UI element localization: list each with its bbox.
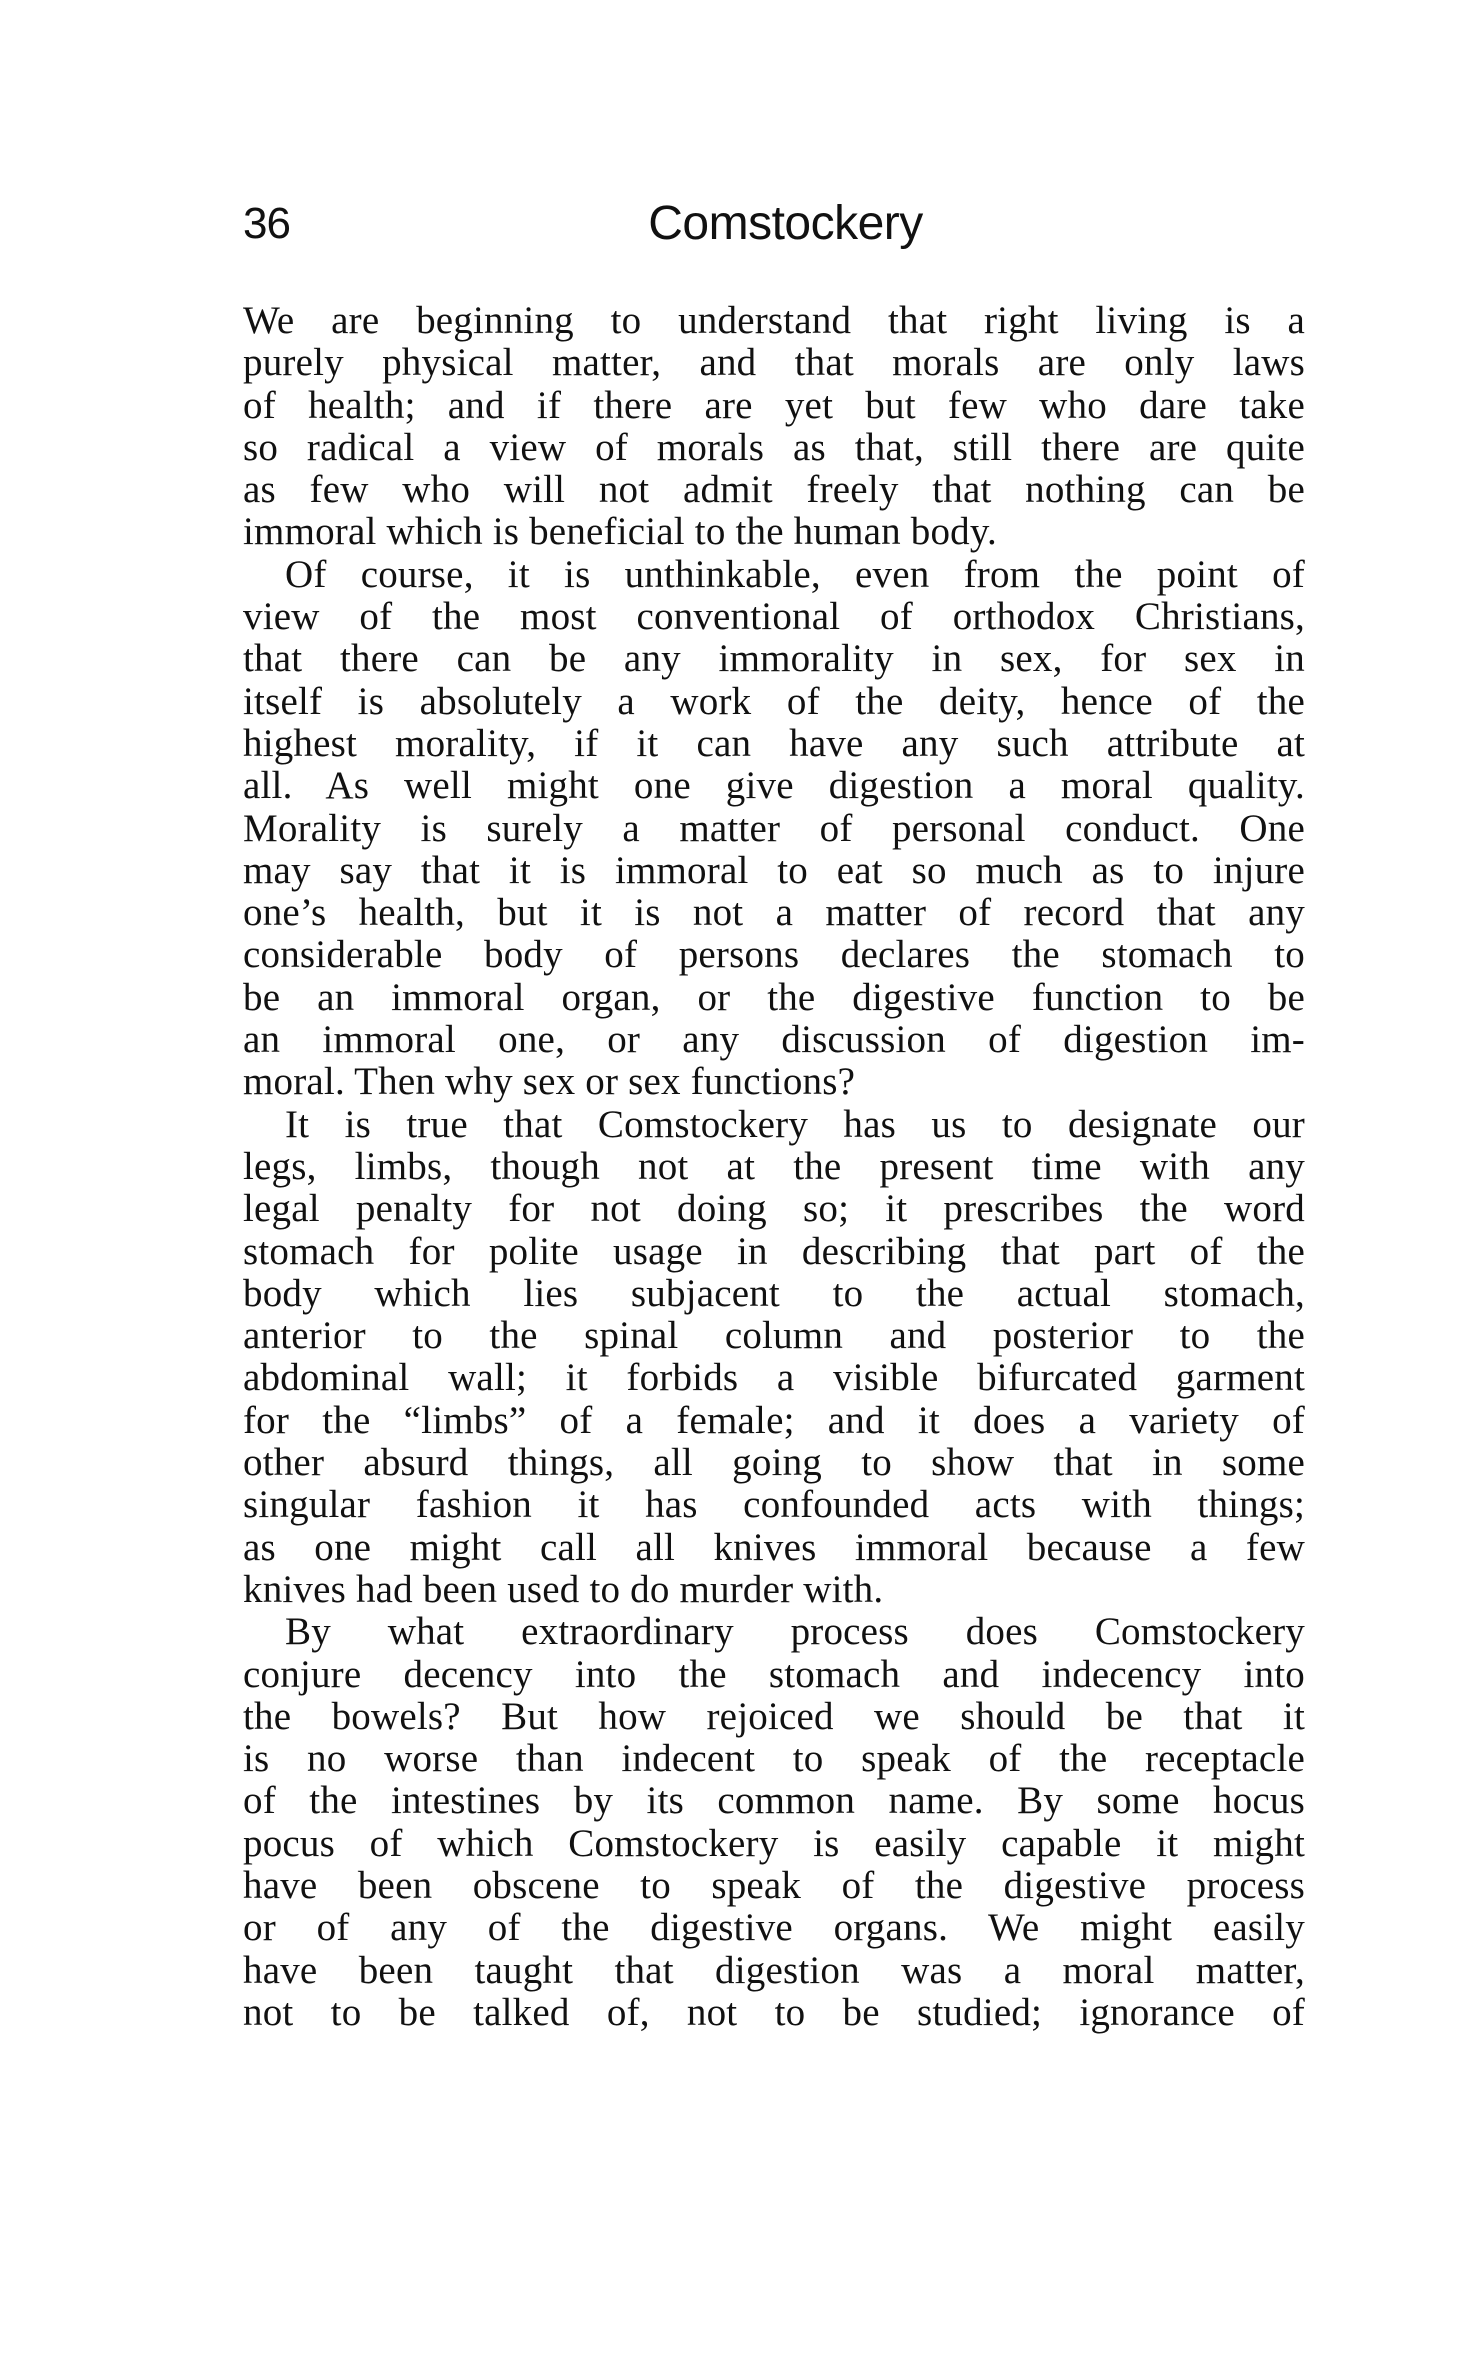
text-line: itself is absolutely a work of the deity… bbox=[243, 681, 1305, 723]
running-title: Comstockery bbox=[243, 196, 1298, 252]
text-line: one’s health, but it is not a matter of … bbox=[243, 892, 1305, 934]
text-line: is no worse than indecent to speak of th… bbox=[243, 1738, 1305, 1780]
paragraph-2: Of course, it is unthinkable, even from … bbox=[243, 554, 1305, 1104]
text-line: It is true that Comstockery has us to de… bbox=[243, 1104, 1305, 1146]
text-line: have been taught that digestion was a mo… bbox=[243, 1950, 1305, 1992]
text-line: legal penalty for not doing so; it presc… bbox=[243, 1188, 1305, 1230]
text-line: Of course, it is unthinkable, even from … bbox=[243, 554, 1305, 596]
text-line: as few who will not admit freely that no… bbox=[243, 469, 1305, 511]
book-page: 36 Comstockery We are beginning to under… bbox=[0, 0, 1465, 2357]
text-line: stomach for polite usage in describing t… bbox=[243, 1231, 1305, 1273]
body-text: We are beginning to understand that righ… bbox=[243, 300, 1305, 2034]
text-line: pocus of which Comstockery is easily cap… bbox=[243, 1823, 1305, 1865]
text-line: highest morality, if it can have any suc… bbox=[243, 723, 1305, 765]
text-line: an immoral one, or any discussion of dig… bbox=[243, 1019, 1305, 1061]
text-line: as one might call all knives immoral bec… bbox=[243, 1527, 1305, 1569]
text-line: conjure decency into the stomach and ind… bbox=[243, 1654, 1305, 1696]
text-line: body which lies subjacent to the actual … bbox=[243, 1273, 1305, 1315]
text-line: so radical a view of morals as that, sti… bbox=[243, 427, 1305, 469]
text-line: By what extraordinary process does Comst… bbox=[243, 1611, 1305, 1653]
text-line: or of any of the digestive organs. We mi… bbox=[243, 1907, 1305, 1949]
text-line: view of the most conventional of orthodo… bbox=[243, 596, 1305, 638]
text-line: knives had been used to do murder with. bbox=[243, 1569, 1305, 1611]
text-line: moral. Then why sex or sex functions? bbox=[243, 1061, 1305, 1103]
text-line: all. As well might one give digestion a … bbox=[243, 765, 1305, 807]
running-head: 36 Comstockery bbox=[243, 196, 1298, 256]
paragraph-4: By what extraordinary process does Comst… bbox=[243, 1611, 1305, 2034]
text-line: immoral which is beneficial to the human… bbox=[243, 511, 1305, 553]
text-line: have been obscene to speak of the digest… bbox=[243, 1865, 1305, 1907]
text-line: anterior to the spinal column and poster… bbox=[243, 1315, 1305, 1357]
text-line: other absurd things, all going to show t… bbox=[243, 1442, 1305, 1484]
text-line: that there can be any immorality in sex,… bbox=[243, 638, 1305, 680]
text-line: for the “limbs” of a female; and it does… bbox=[243, 1400, 1305, 1442]
text-line: legs, limbs, though not at the present t… bbox=[243, 1146, 1305, 1188]
text-line: not to be talked of, not to be studied; … bbox=[243, 1992, 1305, 2034]
text-line: Morality is surely a matter of personal … bbox=[243, 808, 1305, 850]
text-line: considerable body of persons declares th… bbox=[243, 934, 1305, 976]
text-line: be an immoral organ, or the digestive fu… bbox=[243, 977, 1305, 1019]
text-line: singular fashion it has confounded acts … bbox=[243, 1484, 1305, 1526]
paragraph-1: We are beginning to understand that righ… bbox=[243, 300, 1305, 554]
text-line: We are beginning to understand that righ… bbox=[243, 300, 1305, 342]
text-line: of health; and if there are yet but few … bbox=[243, 385, 1305, 427]
text-line: of the intestines by its common name. By… bbox=[243, 1780, 1305, 1822]
text-line: purely physical matter, and that morals … bbox=[243, 342, 1305, 384]
paragraph-3: It is true that Comstockery has us to de… bbox=[243, 1104, 1305, 1612]
text-line: may say that it is immoral to eat so muc… bbox=[243, 850, 1305, 892]
text-line: abdominal wall; it forbids a visible bif… bbox=[243, 1357, 1305, 1399]
text-line: the bowels? But how rejoiced we should b… bbox=[243, 1696, 1305, 1738]
